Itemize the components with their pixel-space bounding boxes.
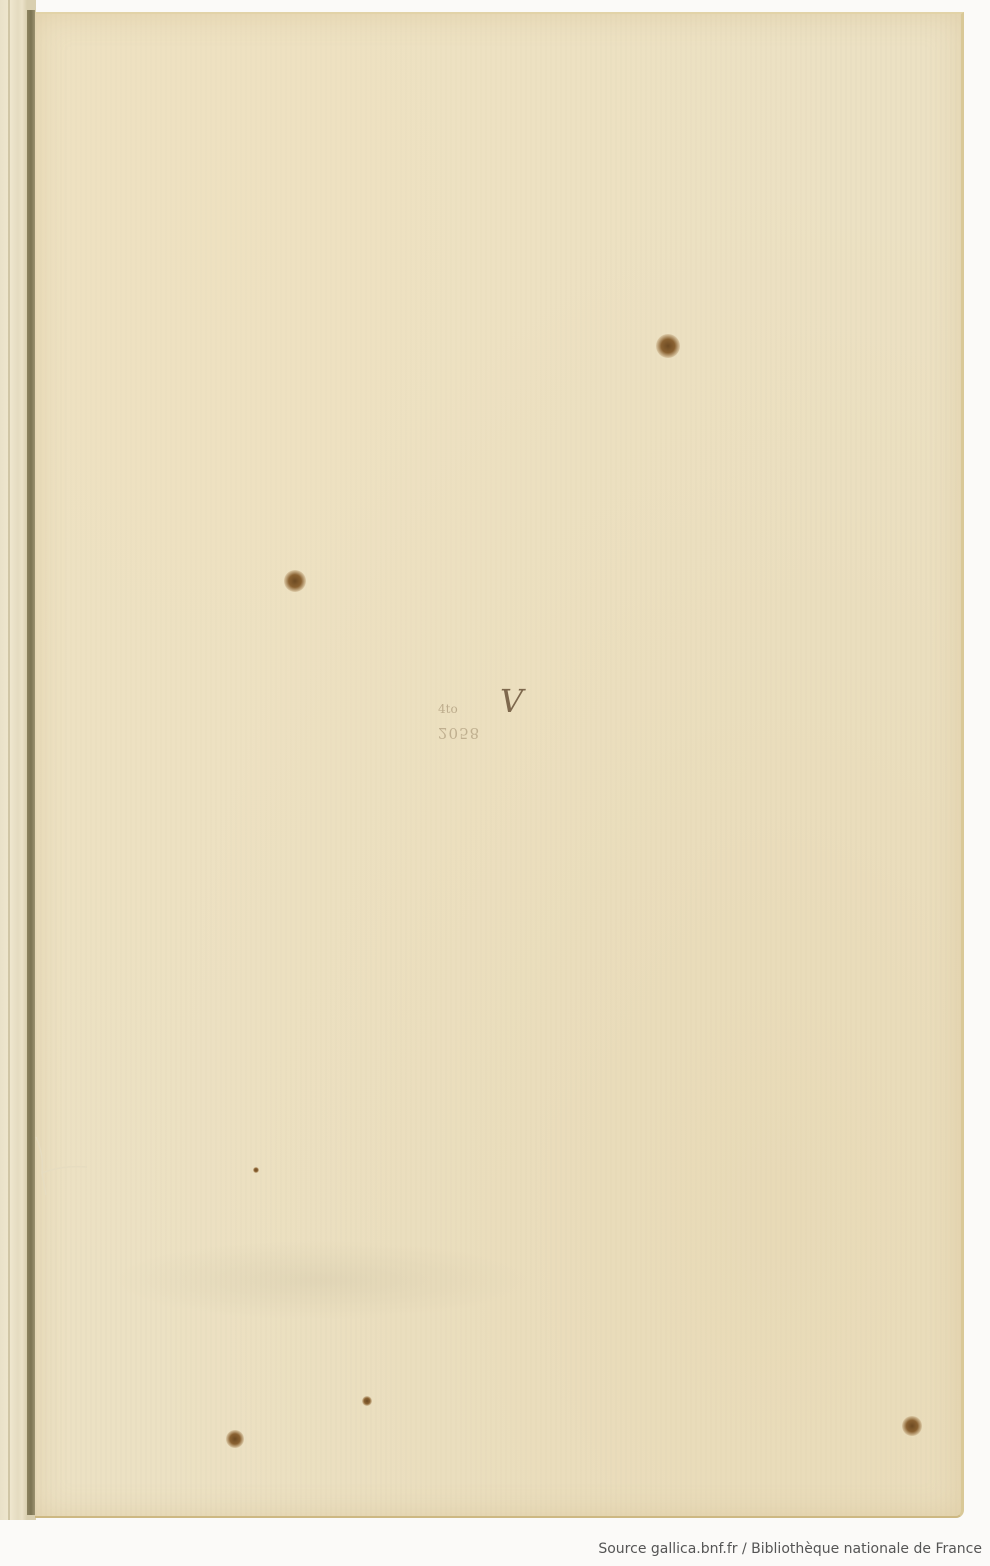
leaf-edge-line bbox=[8, 0, 10, 1520]
foxing-spot bbox=[902, 1416, 922, 1436]
book-gutter bbox=[27, 10, 35, 1515]
shelfmark-prefix: 4to bbox=[438, 702, 458, 716]
scanned-page-image: 4to V 2058 bbox=[0, 0, 990, 1535]
shelfmark-stamp: 4to V 2058 bbox=[438, 690, 548, 750]
foxing-spot bbox=[362, 1396, 372, 1406]
source-credit: Source gallica.bnf.fr / Bibliothèque nat… bbox=[598, 1541, 982, 1557]
foxing-spot bbox=[226, 1430, 244, 1448]
bleed-through-text bbox=[110, 1240, 530, 1320]
foxing-spot bbox=[284, 570, 306, 592]
foxing-spot bbox=[656, 334, 680, 358]
paper-fiber bbox=[32, 1135, 92, 1195]
foxing-spot bbox=[253, 1167, 259, 1173]
shelfmark-number: 2058 bbox=[438, 724, 480, 742]
shelfmark-letter: V bbox=[500, 682, 523, 720]
